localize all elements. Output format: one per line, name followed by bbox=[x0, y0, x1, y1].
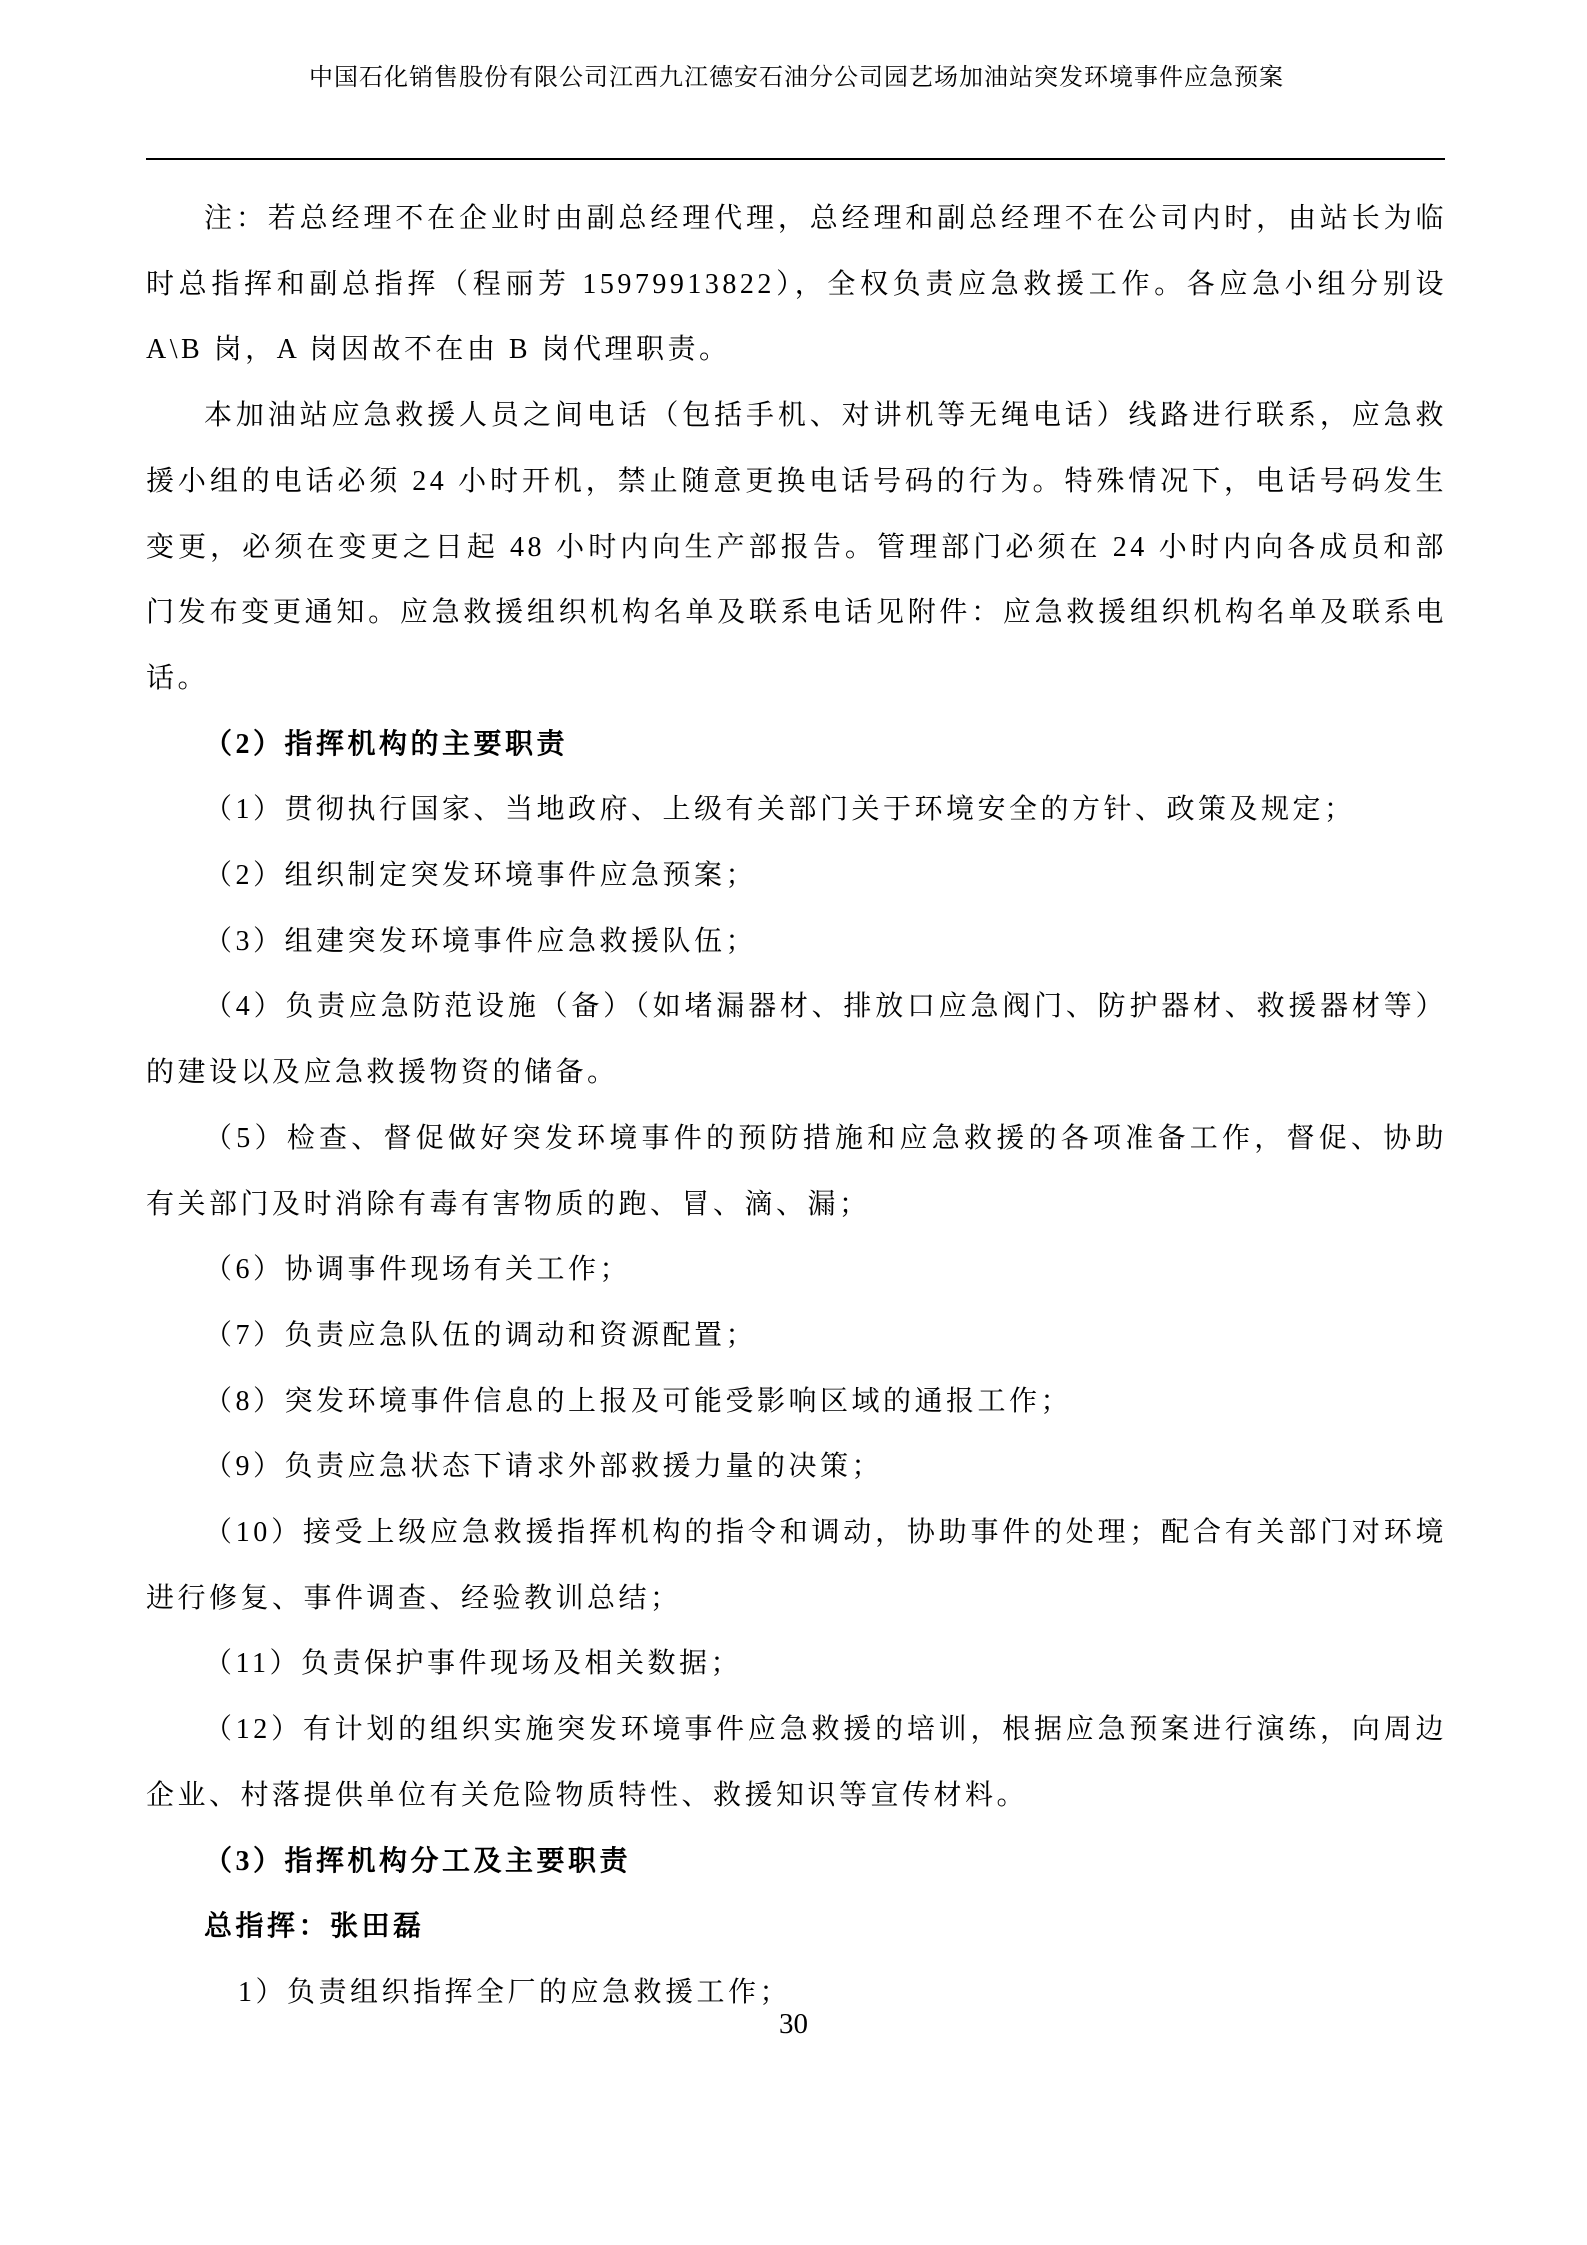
list-item-9: （9）负责应急状态下请求外部救援力量的决策； bbox=[146, 1434, 1447, 1500]
paragraph-phones: 本加油站应急救援人员之间电话（包括手机、对讲机等无绳电话）线路进行联系，应急救援… bbox=[146, 383, 1447, 712]
section-heading-division: （3）指挥机构分工及主要职责 bbox=[146, 1829, 1447, 1895]
paragraph-note: 注：若总经理不在企业时由副总经理代理，总经理和副总经理不在公司内时，由站长为临时… bbox=[146, 186, 1447, 383]
document-body: 注：若总经理不在企业时由副总经理代理，总经理和副总经理不在公司内时，由站长为临时… bbox=[146, 186, 1447, 2026]
header-title: 中国石化销售股份有限公司江西九江德安石油分公司园艺场加油站突发环境事件应急预案 bbox=[146, 62, 1447, 94]
list-item-12: （12）有计划的组织实施突发环境事件应急救援的培训，根据应急预案进行演练，向周边… bbox=[146, 1697, 1447, 1828]
list-item-8: （8）突发环境事件信息的上报及可能受影响区域的通报工作； bbox=[146, 1369, 1447, 1435]
section-heading-duties: （2）指挥机构的主要职责 bbox=[146, 712, 1447, 778]
list-item-5: （5）检查、督促做好突发环境事件的预防措施和应急救援的各项准备工作，督促、协助有… bbox=[146, 1106, 1447, 1237]
list-item-7: （7）负责应急队伍的调动和资源配置； bbox=[146, 1303, 1447, 1369]
list-item-11: （11）负责保护事件现场及相关数据； bbox=[146, 1631, 1447, 1697]
list-item-10: （10）接受上级应急救援指挥机构的指令和调动，协助事件的处理；配合有关部门对环境… bbox=[146, 1500, 1447, 1631]
page-number: 30 bbox=[779, 2008, 808, 2040]
list-item-6: （6）协调事件现场有关工作； bbox=[146, 1237, 1447, 1303]
page-footer: 30 bbox=[0, 2006, 1587, 2042]
list-item-2: （2）组织制定突发环境事件应急预案； bbox=[146, 843, 1447, 909]
header-rule bbox=[146, 158, 1445, 160]
list-item-4: （4）负责应急防范设施（备）（如堵漏器材、排放口应急阀门、防护器材、救援器材等）… bbox=[146, 974, 1447, 1105]
list-item-3: （3）组建突发环境事件应急救援队伍； bbox=[146, 909, 1447, 975]
list-item-1: （1）贯彻执行国家、当地政府、上级有关部门关于环境安全的方针、政策及规定； bbox=[146, 777, 1447, 843]
chief-commander-line: 总指挥：张田磊 bbox=[146, 1894, 1447, 1960]
document-page: 中国石化销售股份有限公司江西九江德安石油分公司园艺场加油站突发环境事件应急预案 … bbox=[0, 0, 1587, 2245]
